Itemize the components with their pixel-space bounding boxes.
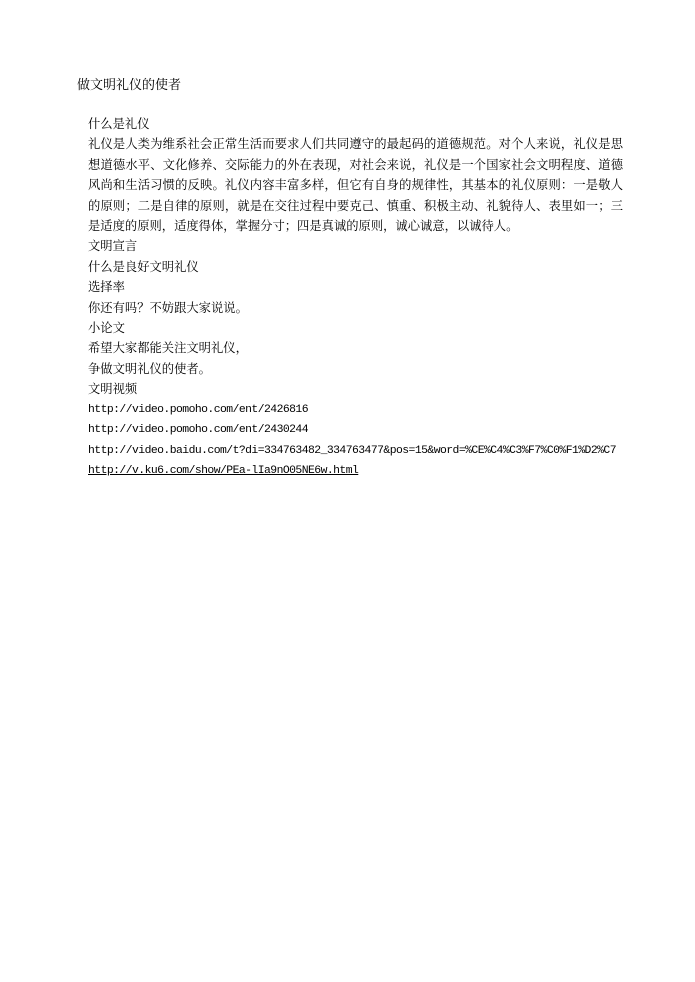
video-link-pomoho-2430244[interactable]: http://video.pomoho.com/ent/2430244 [88,420,623,440]
selection-rate-prompt: 你还有吗？不妨跟大家说说。 [88,298,623,318]
section-heading-essay: 小论文 [88,318,623,338]
section-heading-what-is-etiquette: 什么是礼仪 [88,114,623,134]
section-heading-good-etiquette: 什么是良好文明礼仪 [88,257,623,277]
document-body: 什么是礼仪 礼仪是人类为维系社会正常生活而要求人们共同遵守的最起码的道德规范。对… [88,114,623,481]
video-link-pomoho-2426816[interactable]: http://video.pomoho.com/ent/2426816 [88,400,623,420]
essay-line: 争做文明礼仪的使者。 [88,359,623,379]
video-link-ku6[interactable]: http://v.ku6.com/show/PEa-lIa9nO05NE6w.h… [88,461,623,481]
section-heading-videos: 文明视频 [88,379,623,399]
section-heading-declaration: 文明宣言 [88,236,623,256]
document-title: 做文明礼仪的使者 [77,77,181,95]
video-link-baidu[interactable]: http://video.baidu.com/t?di=334763482_33… [88,441,623,461]
etiquette-definition-paragraph: 礼仪是人类为维系社会正常生活而要求人们共同遵守的最起码的道德规范。对个人来说，礼… [88,134,623,236]
essay-line: 希望大家都能关注文明礼仪， [88,338,623,358]
section-heading-selection-rate: 选择率 [88,277,623,297]
